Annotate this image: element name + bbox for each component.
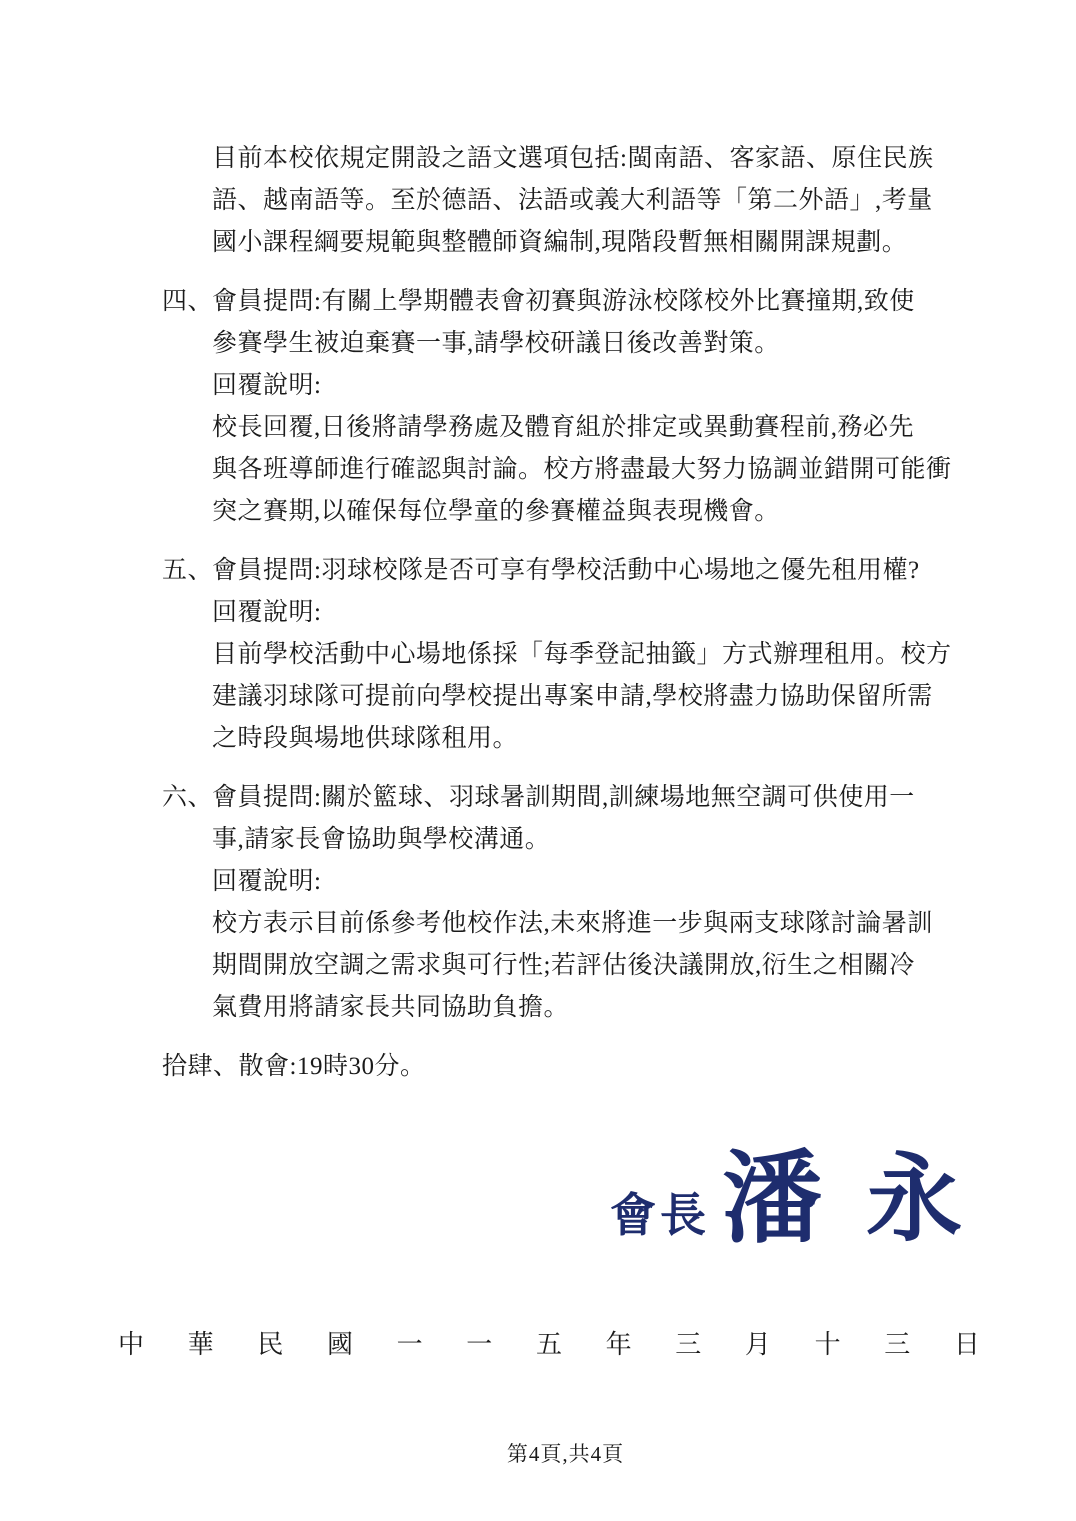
date-char: 月 [745,1326,771,1364]
text-line: 會員提問:有關上學期體表會初賽與游泳校隊校外比賽撞期,致使 [212,281,1076,323]
date-char: 華 [188,1326,214,1364]
page-number: 第4頁,共4頁 [0,1438,1076,1470]
text-line: 語、越南語等。至於德語、法語或義大利語等「第二外語」,考量 [212,180,1076,222]
agenda-item-four: 四、 會員提問:有關上學期體表會初賽與游泳校隊校外比賽撞期,致使 參賽學生被迫棄… [212,281,1076,533]
text-line: 事,請家長會協助與學校溝通。 [212,819,1076,861]
text-line: 國小課程綱要規範與整體師資編制,現階段暫無相關開課規劃。 [212,222,1076,264]
date-char: 三 [675,1326,701,1364]
item-number-six: 六、 [162,777,213,819]
date-char: 中 [118,1326,144,1364]
date-char: 三 [884,1326,910,1364]
text-line: 拾肆、散會:19時30分。 [162,1046,1076,1088]
adjournment-line: 拾肆、散會:19時30分。 [162,1046,1076,1088]
text-line: 參賽學生被迫棄賽一事,請學校研議日後改善對策。 [212,323,1076,365]
date-char: 五 [536,1326,562,1364]
date-char: 年 [606,1326,632,1364]
text-line: 校方表示目前係參考他校作法,未來將進一步與兩支球隊討論暑訓 [212,903,1076,945]
text-line: 與各班導師進行確認與討論。校方將盡最大努力協調並錯開可能衝 [212,449,1076,491]
text-line: 回覆說明: [212,861,1076,903]
text-line: 會員提問:關於籃球、羽球暑訓期間,訓練場地無空調可供使用一 [212,777,1076,819]
agenda-item-six: 六、 會員提問:關於籃球、羽球暑訓期間,訓練場地無空調可供使用一 事,請家長會協… [212,777,1076,1029]
roc-date-line: 中 華 民 國 一 一 五 年 三 月 十 三 日 [118,1326,980,1364]
adjournment-number: 拾肆、 [162,1053,239,1080]
adjournment-text: 散會:19時30分。 [239,1053,426,1080]
text-line: 校長回覆,日後將請學務處及體育組於排定或異動賽程前,務必先 [212,407,1076,449]
text-line: 氣費用將請家長共同協助負擔。 [212,987,1076,1029]
document-page: 目前本校依規定開設之語文選項包括:閩南語、客家語、原住民族 語、越南語等。至於德… [0,0,1076,1521]
signature-name-char: 潘 [722,1150,822,1250]
item-number-five: 五、 [162,550,213,592]
date-char: 十 [815,1326,841,1364]
text-line: 突之賽期,以確保每位學童的參賽權益與表現機會。 [212,491,1076,533]
text-line: 期間開放空調之需求與可行性;若評估後決議開放,衍生之相關冷 [212,945,1076,987]
text-line: 會員提問:羽球校隊是否可享有學校活動中心場地之優先租用權? [212,550,1076,592]
date-char: 民 [257,1326,283,1364]
item-number-four: 四、 [162,281,213,323]
date-char: 國 [327,1326,353,1364]
date-char: 日 [954,1326,980,1364]
text-line: 回覆說明: [212,592,1076,634]
text-line: 目前本校依規定開設之語文選項包括:閩南語、客家語、原住民族 [212,138,1076,180]
agenda-item-five: 五、 會員提問:羽球校隊是否可享有學校活動中心場地之優先租用權? 回覆說明: 目… [212,550,1076,760]
signature-title: 會長 [610,1193,710,1239]
text-line: 回覆說明: [212,365,1076,407]
document-body: 目前本校依規定開設之語文選項包括:閩南語、客家語、原住民族 語、越南語等。至於德… [0,138,1076,1088]
signature-name-char: 永 [866,1152,962,1248]
date-char: 一 [466,1326,492,1364]
text-line: 建議羽球隊可提前向學校提出專案申請,學校將盡力協助保留所需 [212,676,1076,718]
date-char: 一 [397,1326,423,1364]
continued-answer-paragraph: 目前本校依規定開設之語文選項包括:閩南語、客家語、原住民族 語、越南語等。至於德… [212,138,1076,264]
text-line: 之時段與場地供球隊租用。 [212,718,1076,760]
text-line: 目前學校活動中心場地係採「每季登記抽籤」方式辦理租用。校方 [212,634,1076,676]
